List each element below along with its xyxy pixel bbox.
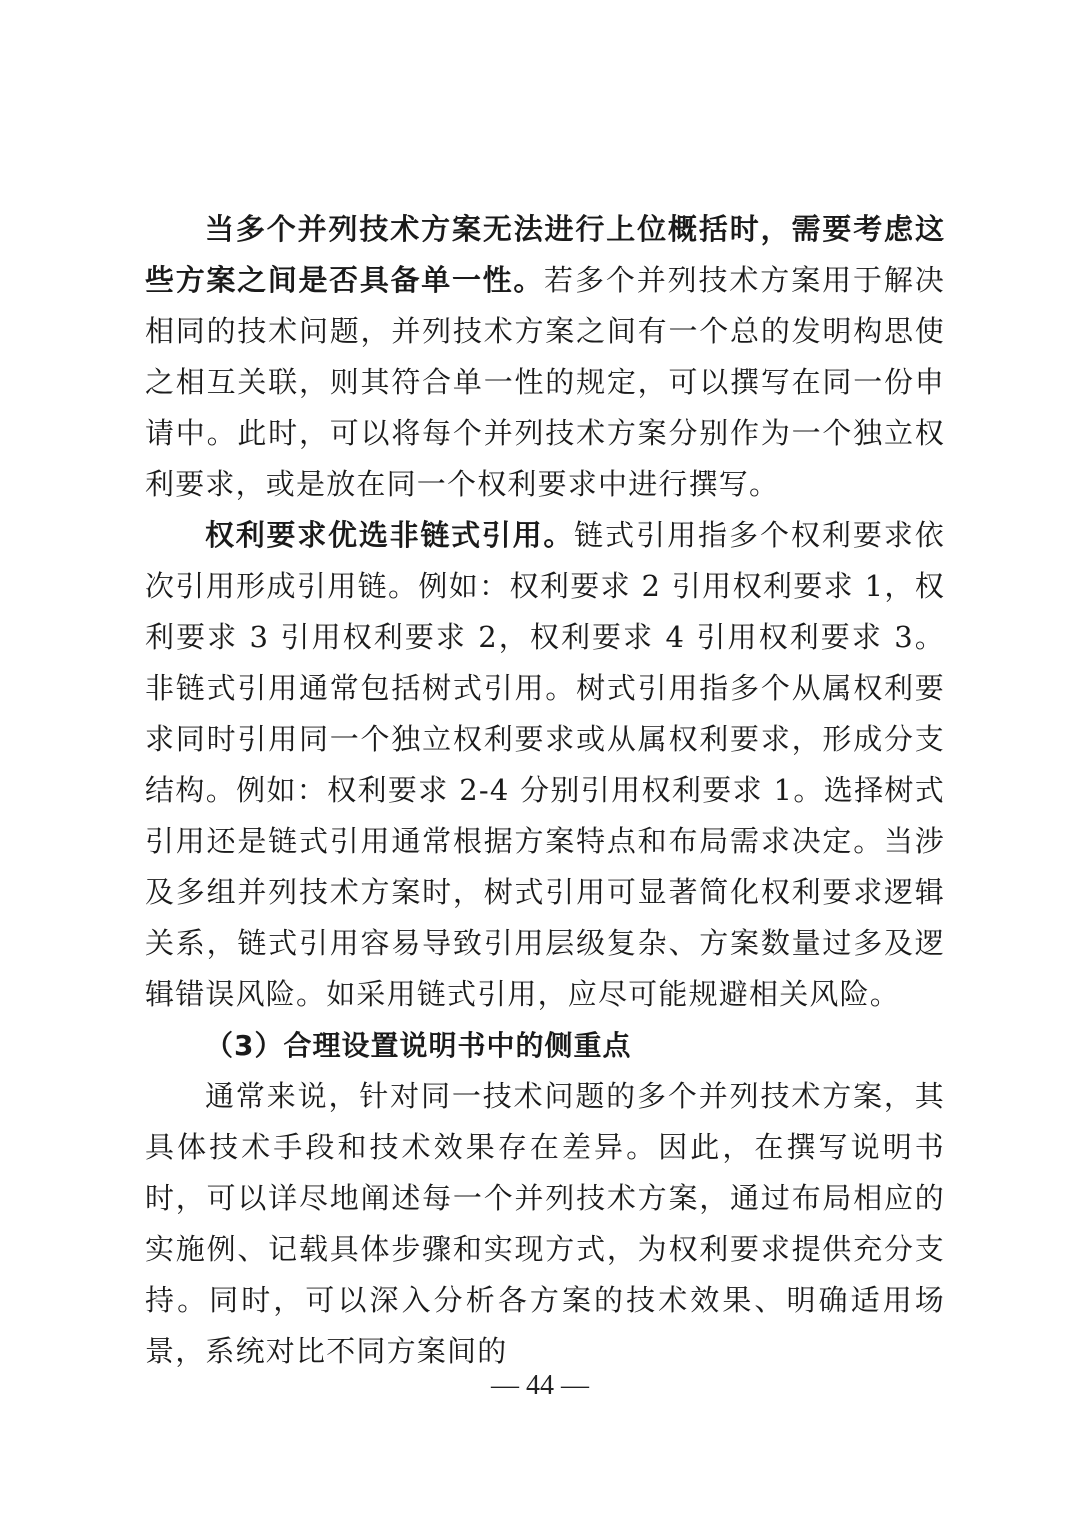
document-page: 当多个并列技术方案无法进行上位概括时，需要考虑这些方案之间是否具备单一性。若多个…	[145, 204, 945, 1377]
paragraph-body: 链式引用指多个权利要求依次引用形成引用链。例如：权利要求 2 引用权利要求 1，…	[145, 518, 945, 1011]
page-number: — 44 —	[0, 1370, 1080, 1402]
section-heading: （3）合理设置说明书中的侧重点	[145, 1020, 945, 1071]
paragraph-body: 若多个并列技术方案用于解决相同的技术问题，并列技术方案之间有一个总的发明构思使之…	[145, 263, 945, 501]
paragraph-unity: 当多个并列技术方案无法进行上位概括时，需要考虑这些方案之间是否具备单一性。若多个…	[145, 204, 945, 510]
paragraph-claim-reference: 权利要求优选非链式引用。链式引用指多个权利要求依次引用形成引用链。例如：权利要求…	[145, 510, 945, 1020]
paragraph-specification: 通常来说，针对同一技术问题的多个并列技术方案，其具体技术手段和技术效果存在差异。…	[145, 1071, 945, 1377]
paragraph-lead-bold: 权利要求优选非链式引用。	[205, 518, 574, 552]
